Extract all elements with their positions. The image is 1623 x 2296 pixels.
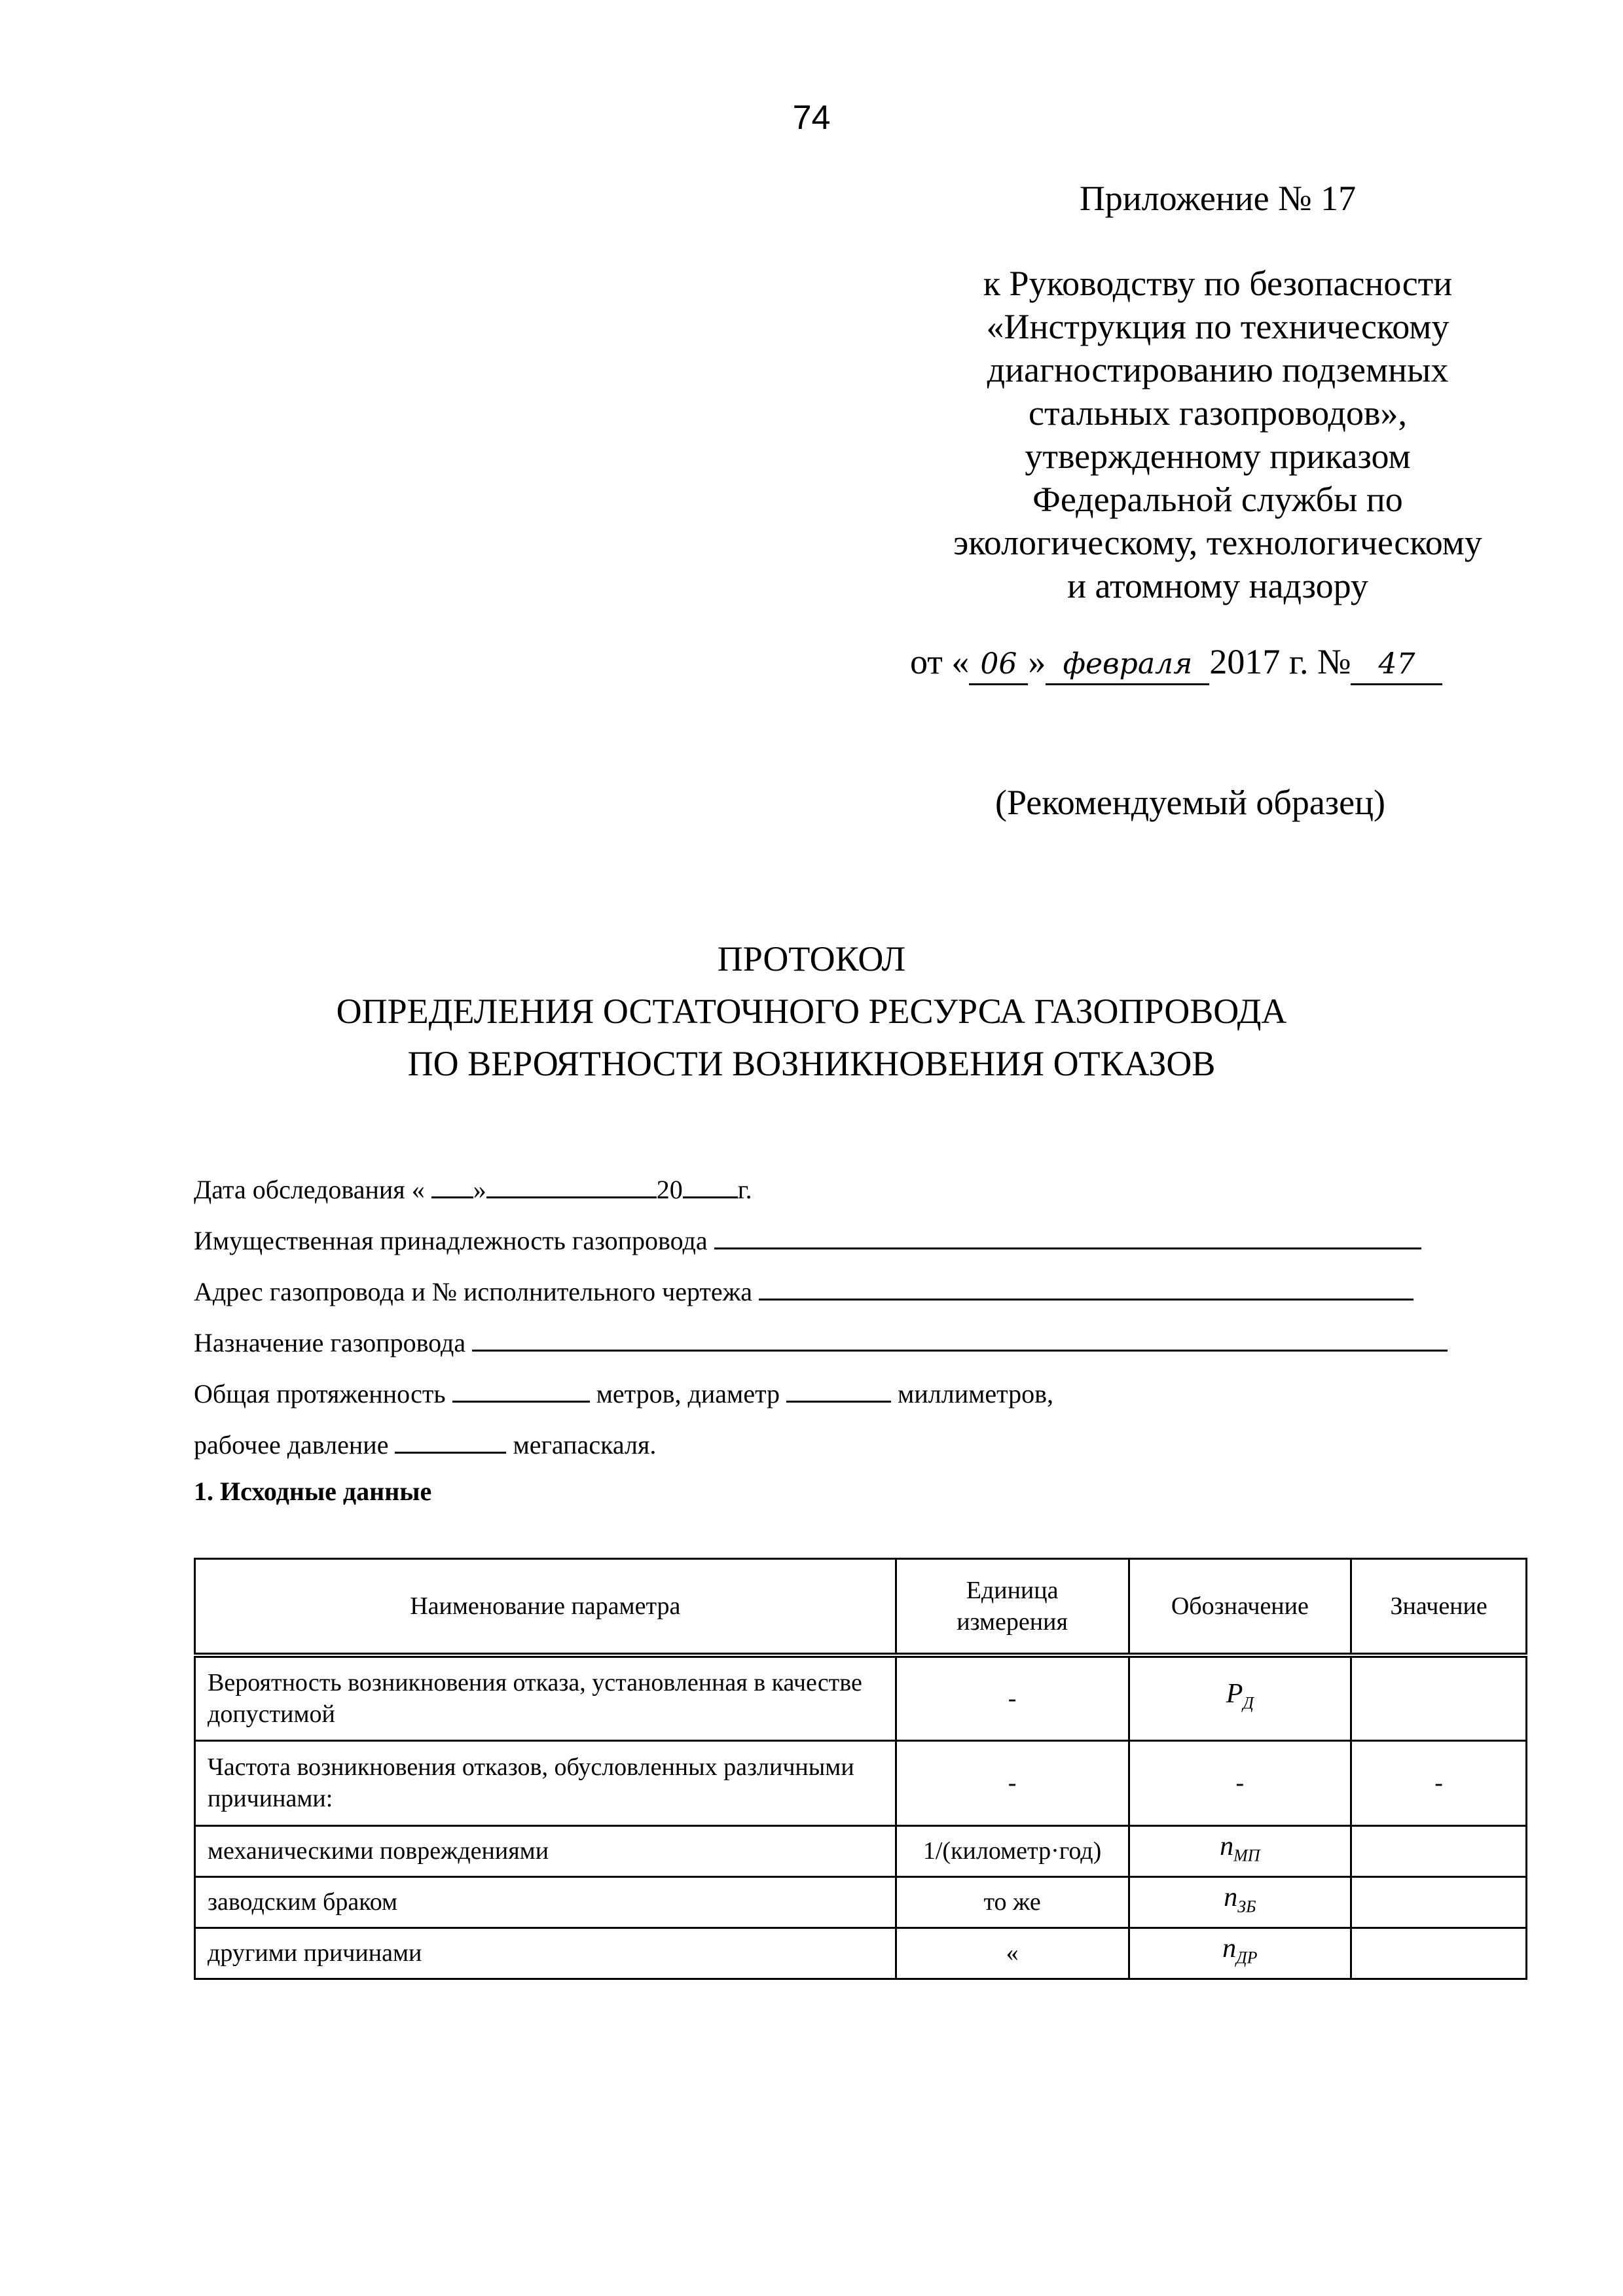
approval-number-handwritten: 47	[1351, 645, 1442, 685]
approval-month-handwritten: февраля	[1046, 645, 1209, 685]
parameter-unit: -	[896, 1740, 1129, 1825]
ownership-blank[interactable]	[714, 1223, 1421, 1249]
title-line-1: ПРОТОКОЛ	[0, 933, 1623, 985]
survey-year-prefix: 20	[657, 1175, 683, 1204]
table-row: механическими повреждениями 1/(километр·…	[195, 1825, 1527, 1876]
appendix-line: утвержденному приказом	[897, 435, 1539, 478]
pressure-label: рабочее давление	[194, 1430, 388, 1460]
sample-note: (Рекомендуемый образец)	[995, 782, 1385, 823]
parameter-unit: 1/(километр·год)	[896, 1825, 1129, 1876]
section-heading: 1. Исходные данные	[194, 1476, 431, 1507]
survey-date-suffix: г.	[738, 1175, 752, 1204]
purpose-field: Назначение газопровода	[194, 1325, 1448, 1360]
approval-year: 2017 г. №	[1209, 642, 1351, 681]
column-header: Значение	[1351, 1559, 1527, 1656]
parameter-value-cell[interactable]	[1351, 1876, 1527, 1928]
column-header: Обозначение	[1129, 1559, 1351, 1656]
approval-day-handwritten: 06	[969, 645, 1028, 685]
appendix-line: стальных газопроводов»,	[897, 391, 1539, 435]
source-data-table: Наименование параметра Единица измерения…	[194, 1558, 1527, 1980]
pressure-field: рабочее давление мегапаскаля.	[194, 1427, 656, 1462]
address-field: Адрес газопровода и № исполнительного че…	[194, 1274, 1413, 1309]
parameter-symbol: nМП	[1129, 1825, 1351, 1876]
survey-date-label: Дата обследования «	[194, 1175, 425, 1204]
parameter-unit: «	[896, 1928, 1129, 1979]
page-number: 74	[0, 98, 1623, 137]
approval-line: от «06»февраля2017 г. №47	[910, 641, 1442, 685]
pressure-blank[interactable]	[395, 1427, 506, 1454]
diameter-unit-label: миллиметров,	[898, 1379, 1053, 1408]
length-label: Общая протяженность	[194, 1379, 446, 1408]
parameter-value-cell[interactable]	[1351, 1825, 1527, 1876]
parameter-symbol: PД	[1129, 1655, 1351, 1740]
parameter-symbol: -	[1129, 1740, 1351, 1825]
table-row: другими причинами « nДР	[195, 1928, 1527, 1979]
title-line-2: ОПРЕДЕЛЕНИЯ ОСТАТОЧНОГО РЕСУРСА ГАЗОПРОВ…	[0, 985, 1623, 1037]
document-title: ПРОТОКОЛ ОПРЕДЕЛЕНИЯ ОСТАТОЧНОГО РЕСУРСА…	[0, 933, 1623, 1090]
parameter-name: заводским браком	[195, 1876, 896, 1928]
ownership-label: Имущественная принадлежность газопровода	[194, 1226, 708, 1255]
appendix-line: экологическому, технологическому	[897, 521, 1539, 564]
approval-prefix: от «	[910, 642, 969, 681]
appendix-line: Федеральной службы по	[897, 478, 1539, 521]
appendix-header: Приложение № 17 к Руководству по безопас…	[897, 177, 1539, 607]
parameter-name: Частота возникновения отказов, обусловле…	[195, 1740, 896, 1825]
length-blank[interactable]	[452, 1376, 590, 1403]
parameter-value-cell: -	[1351, 1740, 1527, 1825]
parameter-symbol: nДР	[1129, 1928, 1351, 1979]
purpose-blank[interactable]	[472, 1325, 1448, 1352]
appendix-title: Приложение № 17	[897, 177, 1539, 220]
appendix-line: диагностированию подземных	[897, 348, 1539, 391]
column-header: Наименование параметра	[195, 1559, 896, 1656]
address-label: Адрес газопровода и № исполнительного че…	[194, 1277, 752, 1306]
parameter-unit: -	[896, 1655, 1129, 1740]
survey-day-blank[interactable]	[431, 1172, 473, 1198]
parameter-symbol: nЗБ	[1129, 1876, 1351, 1928]
column-header: Единица измерения	[896, 1559, 1129, 1656]
parameter-value-cell[interactable]	[1351, 1928, 1527, 1979]
purpose-label: Назначение газопровода	[194, 1328, 465, 1357]
ownership-field: Имущественная принадлежность газопровода	[194, 1223, 1421, 1258]
parameter-unit: то же	[896, 1876, 1129, 1928]
table-row: заводским браком то же nЗБ	[195, 1876, 1527, 1928]
survey-year-blank[interactable]	[683, 1172, 738, 1198]
parameter-value-cell[interactable]	[1351, 1655, 1527, 1740]
length-diameter-field: Общая протяженность метров, диаметр милл…	[194, 1376, 1053, 1411]
survey-date-field: Дата обследования « »20г.	[194, 1172, 752, 1207]
appendix-line: и атомному надзору	[897, 564, 1539, 607]
parameter-name: другими причинами	[195, 1928, 896, 1979]
parameter-name: Вероятность возникновения отказа, устано…	[195, 1655, 896, 1740]
address-blank[interactable]	[759, 1274, 1413, 1300]
appendix-line: «Инструкция по техническому	[897, 305, 1539, 348]
diameter-blank[interactable]	[786, 1376, 891, 1403]
table-header-row: Наименование параметра Единица измерения…	[195, 1559, 1527, 1656]
approval-mid: »	[1028, 642, 1046, 681]
pressure-unit-label: мегапаскаля.	[513, 1430, 656, 1460]
table-row: Вероятность возникновения отказа, устано…	[195, 1655, 1527, 1740]
title-line-3: ПО ВЕРОЯТНОСТИ ВОЗНИКНОВЕНИЯ ОТКАЗОВ	[0, 1037, 1623, 1090]
length-unit-label: метров, диаметр	[596, 1379, 780, 1408]
parameter-name: механическими повреждениями	[195, 1825, 896, 1876]
appendix-line: к Руководству по безопасности	[897, 262, 1539, 305]
survey-date-mid: »	[473, 1175, 486, 1204]
survey-month-blank[interactable]	[486, 1172, 657, 1198]
table-row: Частота возникновения отказов, обусловле…	[195, 1740, 1527, 1825]
